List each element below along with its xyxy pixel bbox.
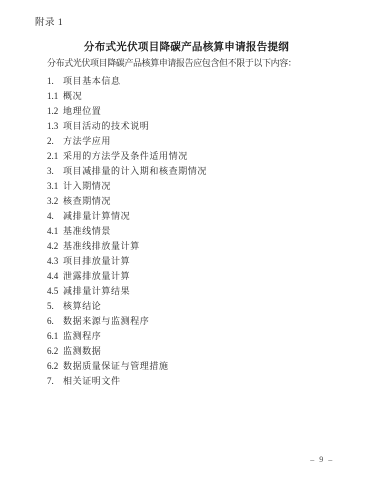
outline-item: 4.3项目排放量计算	[47, 254, 207, 269]
appendix-label: 附录 1	[35, 14, 63, 28]
outline-item: 4.5减排量计算结果	[47, 284, 207, 299]
outline-item-number: 4.5	[47, 284, 63, 299]
page-title: 分布式光伏项目降碳产品核算申请报告提纲	[0, 39, 373, 54]
page-number: – 9 –	[298, 455, 346, 464]
outline-item: 1.1概况	[47, 89, 207, 104]
outline-item-label: 核算结论	[63, 299, 101, 314]
outline-item-number: 4.3	[47, 254, 63, 269]
outline-list: 1.项目基本信息1.1概况1.2地理位置1.3项目活动的技术说明2.方法学应用2…	[47, 74, 207, 389]
outline-item: 2.1采用的方法学及条件适用情况	[47, 149, 207, 164]
outline-item: 3.2核查期情况	[47, 194, 207, 209]
outline-item-label: 地理位置	[63, 104, 101, 119]
outline-item-number: 1.3	[47, 119, 63, 134]
outline-item-label: 项目基本信息	[63, 74, 121, 89]
outline-item: 6.1监测程序	[47, 329, 207, 344]
outline-item: 7.相关证明文件	[47, 374, 207, 389]
outline-item-number: 6.	[47, 314, 63, 329]
outline-item-label: 相关证明文件	[63, 374, 121, 389]
outline-item: 4.2基准线排放量计算	[47, 239, 207, 254]
outline-item-number: 7.	[47, 374, 63, 389]
outline-item-number: 3.2	[47, 194, 63, 209]
outline-item: 4.1基准线情景	[47, 224, 207, 239]
outline-item-label: 项目活动的技术说明	[63, 119, 149, 134]
outline-item-label: 数据来源与监测程序	[63, 314, 149, 329]
outline-item-number: 1.1	[47, 89, 63, 104]
outline-item-label: 项目排放量计算	[63, 254, 130, 269]
outline-item-label: 数据质量保证与管理措施	[63, 359, 169, 374]
outline-item: 5.核算结论	[47, 299, 207, 314]
outline-item-number: 6.2	[47, 344, 63, 359]
outline-item-number: 2.	[47, 134, 63, 149]
outline-item-number: 6.1	[47, 329, 63, 344]
outline-item-number: 6.2	[47, 359, 63, 374]
outline-item-label: 方法学应用	[63, 134, 111, 149]
outline-item-label: 监测数据	[63, 344, 101, 359]
outline-item-label: 采用的方法学及条件适用情况	[63, 149, 188, 164]
outline-item: 1.项目基本信息	[47, 74, 207, 89]
outline-item-number: 5.	[47, 299, 63, 314]
outline-item-label: 监测程序	[63, 329, 101, 344]
outline-item: 3.项目减排量的计入期和核查期情况	[47, 164, 207, 179]
outline-item-label: 泄露排放量计算	[63, 269, 130, 284]
outline-item-label: 核查期情况	[63, 194, 111, 209]
document-page: 附录 1 分布式光伏项目降碳产品核算申请报告提纲 分布式光伏项目降碳产品核算申请…	[0, 0, 373, 494]
outline-item: 4.减排量计算情况	[47, 209, 207, 224]
outline-item-label: 项目减排量的计入期和核查期情况	[63, 164, 207, 179]
outline-item-number: 2.1	[47, 149, 63, 164]
outline-item-label: 基准线排放量计算	[63, 239, 140, 254]
outline-item-number: 3.	[47, 164, 63, 179]
outline-item-number: 3.1	[47, 179, 63, 194]
outline-item-number: 1.2	[47, 104, 63, 119]
outline-item-number: 1.	[47, 74, 63, 89]
outline-item-label: 基准线情景	[63, 224, 111, 239]
outline-item: 1.3项目活动的技术说明	[47, 119, 207, 134]
outline-item: 3.1计入期情况	[47, 179, 207, 194]
outline-item: 2.方法学应用	[47, 134, 207, 149]
outline-item-label: 减排量计算结果	[63, 284, 130, 299]
outline-item: 4.4泄露排放量计算	[47, 269, 207, 284]
outline-item: 6.数据来源与监测程序	[47, 314, 207, 329]
outline-item-number: 4.1	[47, 224, 63, 239]
outline-item-number: 4.4	[47, 269, 63, 284]
outline-item-number: 4.	[47, 209, 63, 224]
outline-item-label: 计入期情况	[63, 179, 111, 194]
outline-item: 6.2数据质量保证与管理措施	[47, 359, 207, 374]
outline-item: 6.2监测数据	[47, 344, 207, 359]
outline-item-label: 概况	[63, 89, 82, 104]
intro-paragraph: 分布式光伏项目降碳产品核算申请报告应包含但不限于以下内容：	[47, 56, 296, 69]
outline-item-number: 4.2	[47, 239, 63, 254]
outline-item: 1.2地理位置	[47, 104, 207, 119]
outline-item-label: 减排量计算情况	[63, 209, 130, 224]
